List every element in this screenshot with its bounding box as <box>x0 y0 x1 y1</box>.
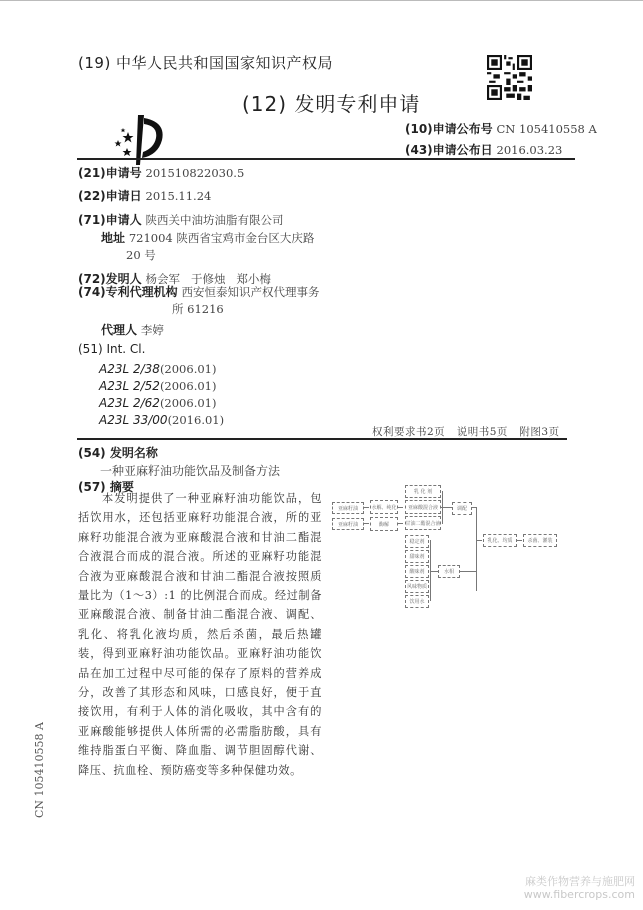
margin-publication-number: CN 105410558 A <box>27 700 57 820</box>
diagram-node-additive3: 酸味剂 <box>405 565 429 578</box>
publication-number-label: (10)申请公布号 <box>405 122 493 136</box>
agency-line1: 西安恒泰知识产权代理事务 <box>182 285 320 299</box>
watermark-site-name: 麻类作物营养与施肥网 <box>520 875 635 888</box>
address-line1: 721004 陕西省宝鸡市金台区大庆路 <box>129 231 315 245</box>
ipc-code: A23L 2/38 <box>99 362 160 376</box>
address-line2: 20 号 <box>126 248 156 262</box>
application-date-label: (22)申请日 <box>78 189 142 203</box>
invention-title-label: (54) 发明名称 <box>78 446 158 460</box>
address-line2-row: 20 号 <box>126 247 156 263</box>
ipc-header-row: (51) Int. Cl. <box>78 342 145 356</box>
qr-code-icon <box>487 55 532 100</box>
ipc-version: (2016.01) <box>168 413 225 427</box>
page-top-border <box>0 0 643 1</box>
diagram-node-emulsify-homogenize: 乳化、均质 <box>483 534 517 547</box>
agent-label: 代理人 <box>101 323 137 337</box>
header-divider <box>77 158 575 160</box>
address-label: 地址 <box>101 231 125 245</box>
ipc-entry: A23L 33/00(2016.01) <box>99 413 224 427</box>
ipc-code: A23L 2/52 <box>99 379 160 393</box>
ipc-entry: A23L 2/38(2006.01) <box>99 362 216 376</box>
publication-date: 2016.03.23 <box>497 143 563 157</box>
diagram-node-additive1: 稳定剂 <box>405 535 429 548</box>
diagram-node-additive4: 风味物质 <box>405 580 429 593</box>
pages-summary: 权利要求书2页 说明书5页 附图3页 <box>372 424 560 439</box>
diagram-node-diglyceride-mix: 甘油二酯混合液 <box>405 516 441 530</box>
diagram-node-linolenic-mix: 亚麻酸混合液 <box>405 500 441 514</box>
diagram-node-additive2: 甜味剂 <box>405 550 429 563</box>
cnipa-logo-icon <box>106 110 166 170</box>
publication-number: CN 105410558 A <box>497 122 597 136</box>
site-watermark: 麻类作物营养与施肥网 www.fibercrops.com <box>520 875 635 901</box>
ipc-code: A23L 33/00 <box>99 413 168 427</box>
application-number-label: (21)申请号 <box>78 166 142 180</box>
address-row: 地址 721004 陕西省宝鸡市金台区大庆路 <box>101 229 314 246</box>
ipc-code: A23L 2/62 <box>99 396 160 410</box>
ipc-entry: A23L 2/52(2006.01) <box>99 379 216 393</box>
agent: 李婷 <box>141 323 164 337</box>
diagram-node-emulsifier: 乳 化 剂 <box>405 485 441 498</box>
abstract-text: 本发明提供了一种亚麻籽油功能饮品，包括饮用水，还包括亚麻籽功能混合液，所的亚麻籽… <box>78 489 322 780</box>
invention-title-heading: (54) 发明名称 <box>78 444 158 461</box>
applicant-row: (71)申请人 陕西关中油坊油脂有限公司 <box>78 211 284 228</box>
agency-label: (74)专利代理机构 <box>78 285 178 299</box>
publication-date-row: (43)申请公布日 2016.03.23 <box>405 141 562 158</box>
diagram-node-water-phase: 水相 <box>438 565 460 578</box>
application-number: 201510822030.5 <box>146 166 245 180</box>
diagram-node-hydrolysis: 水解、纯化 <box>370 500 398 514</box>
agency-line2: 所 61216 <box>172 302 224 316</box>
application-date: 2015.11.24 <box>146 189 212 203</box>
application-number-row: (21)申请号 201510822030.5 <box>78 164 244 181</box>
diagram-node-sterilize-fill: 杀菌、灌装 <box>523 534 557 547</box>
publication-date-label: (43)申请公布日 <box>405 143 493 157</box>
agency-line2-row: 所 61216 <box>172 301 224 317</box>
diagram-node-source1: 亚麻籽油 <box>332 502 364 514</box>
diagram-node-enzymolysis: 酶解 <box>370 517 398 531</box>
diagram-node-blend: 调配 <box>452 502 472 515</box>
agent-row: 代理人 李婷 <box>101 321 164 338</box>
ipc-version: (2006.01) <box>160 379 217 393</box>
issuing-office: (19) 中华人民共和国国家知识产权局 <box>78 52 333 73</box>
applicant-label: (71)申请人 <box>78 213 142 227</box>
publication-number-row: (10)申请公布号 CN 105410558 A <box>405 120 597 137</box>
ipc-version: (2006.01) <box>160 362 217 376</box>
ipc-entry: A23L 2/62(2006.01) <box>99 396 216 410</box>
diagram-node-additive5: 饮用水 <box>405 595 429 608</box>
document-type-title: (12) 发明专利申请 <box>242 88 420 117</box>
applicant: 陕西关中油坊油脂有限公司 <box>146 213 284 227</box>
process-flow-diagram: 亚麻籽油 亚麻籽油 水解、纯化 酶解 乳 化 剂 亚麻酸混合液 甘油二酯混合液 … <box>330 485 570 625</box>
watermark-url: www.fibercrops.com <box>520 888 635 901</box>
ipc-version: (2006.01) <box>160 396 217 410</box>
biblio-divider <box>77 438 567 440</box>
diagram-node-source2: 亚麻籽油 <box>332 518 364 530</box>
agency-row: (74)专利代理机构 西安恒泰知识产权代理事务 <box>78 283 320 300</box>
invention-title: 一种亚麻籽油功能饮品及制备方法 <box>100 462 280 479</box>
ipc-label: (51) Int. Cl. <box>78 342 145 356</box>
application-date-row: (22)申请日 2015.11.24 <box>78 187 211 204</box>
margin-publication-number-text: CN 105410558 A <box>33 722 46 818</box>
